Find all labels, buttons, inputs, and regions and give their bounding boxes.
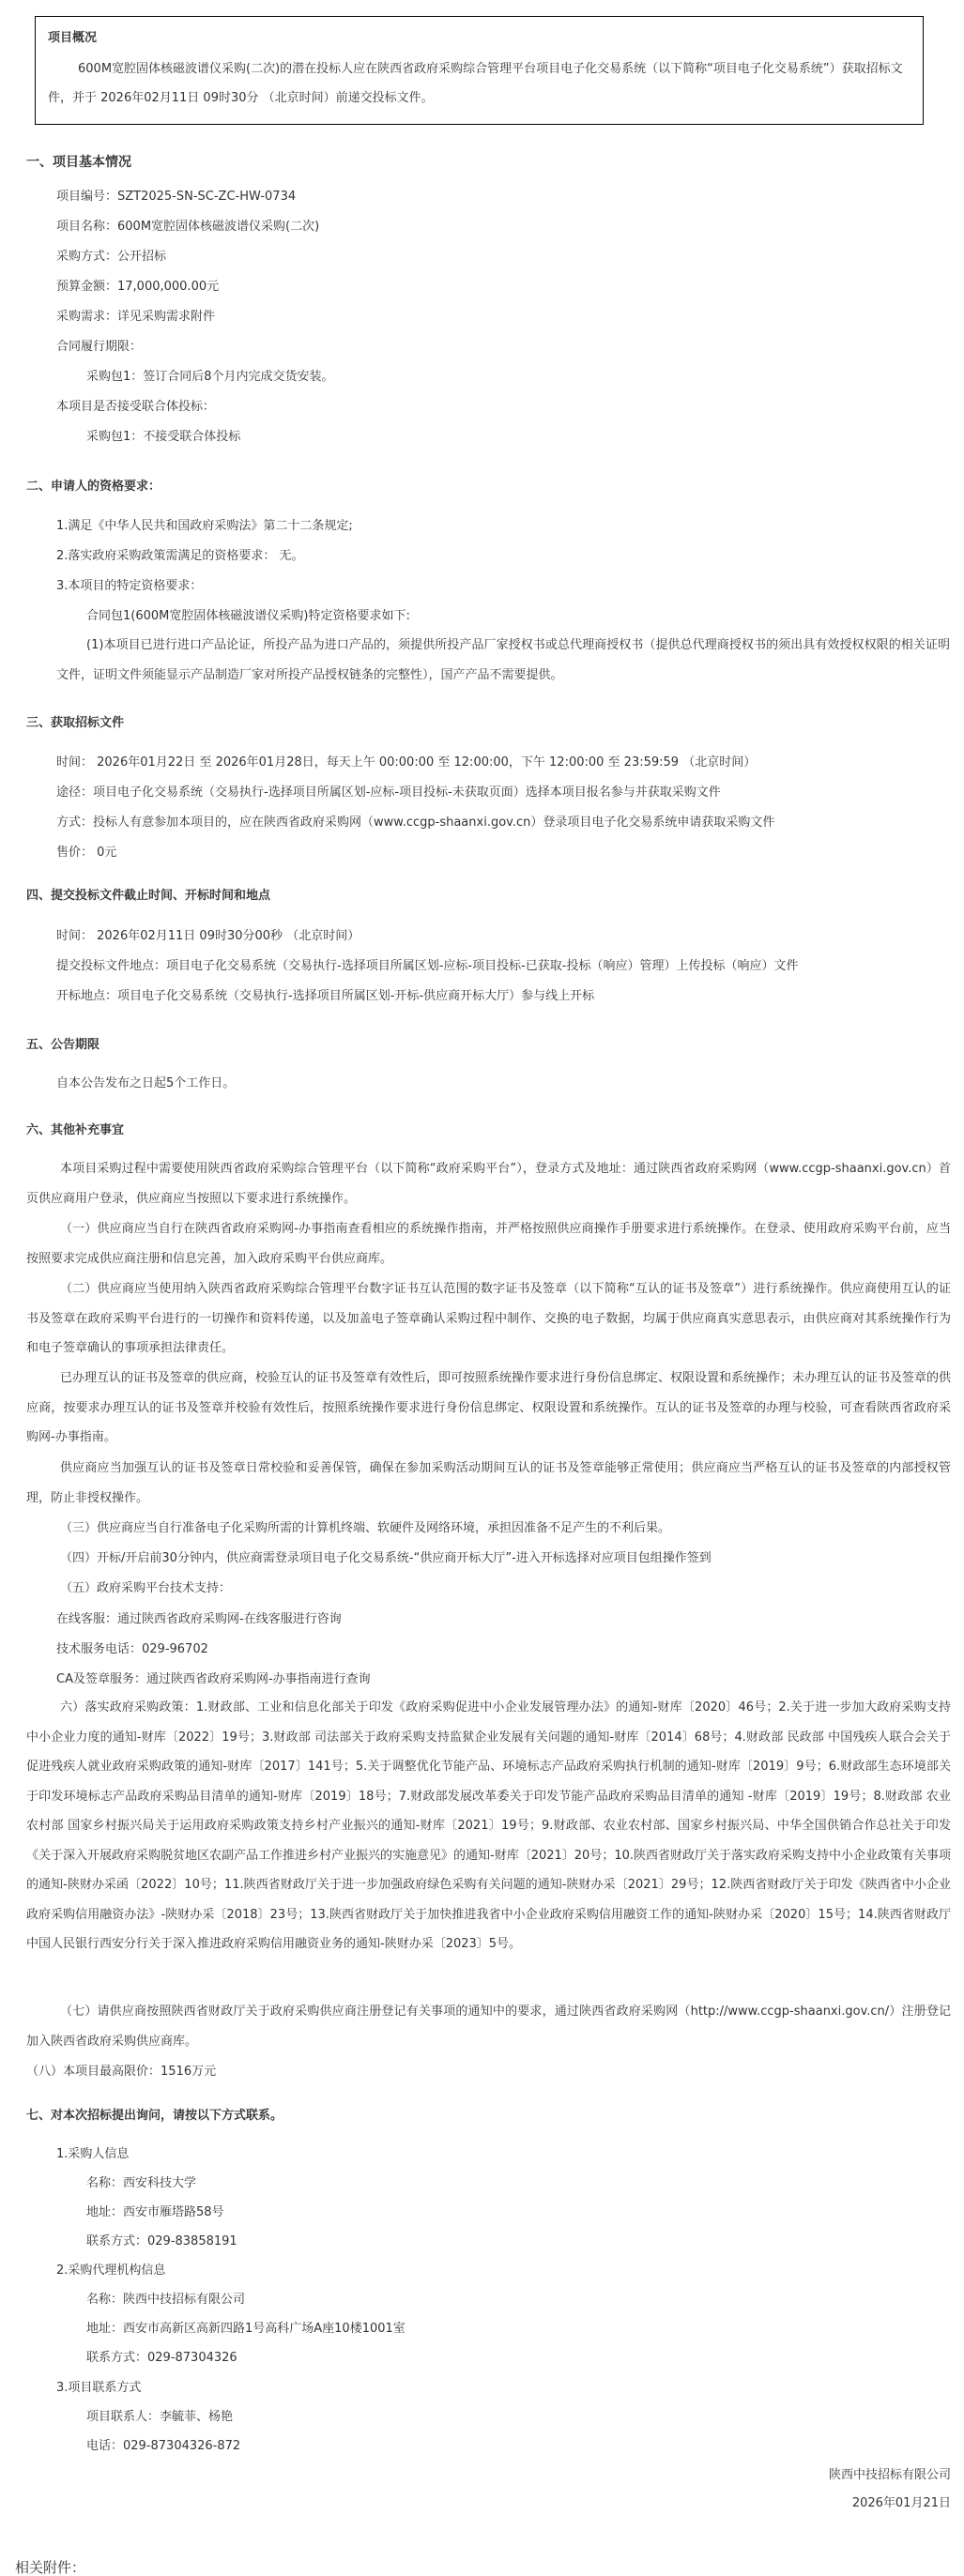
consortium-package: 采购包1：不接受联合体投标 (86, 429, 240, 446)
agency-contact: 联系方式：029-87304326 (86, 2350, 237, 2367)
policy-list: 六）落实政府采购政策：1.财政部、工业和信息化部关于印发《政府采购促进中小企业发… (26, 1693, 951, 1959)
project-name: 项目名称：600M宽腔固体核磁波谱仪采购(二次) (56, 219, 319, 236)
signature-company: 陕西中技招标有限公司 (829, 2467, 951, 2484)
overview-text: 600M宽腔固体核磁波谱仪采购(二次)的潜在投标人应在陕西省政府采购综合管理平台… (48, 54, 911, 113)
consortium-label: 本项目是否接受联合体投标： (56, 399, 215, 416)
opening-place: 开标地点：项目电子化交易系统（交易执行-选择项目所属区划-开标-供应商开标大厅）… (56, 988, 594, 1005)
project-contact-title: 3.项目联系方式 (56, 2380, 141, 2397)
submission-place: 提交投标文件地点：项目电子化交易系统（交易执行-选择项目所属区划-应标-项目投标… (56, 958, 798, 975)
supplement-item-2c: 供应商应当加强互认的证书及签章日常校验和妥善保管，确保在参加采购活动期间互认的证… (26, 1454, 951, 1513)
section7-heading: 七、对本次招标提出询问，请按以下方式联系。 (26, 2108, 283, 2125)
project-contact-phone: 电话：029-87304326-872 (86, 2438, 240, 2455)
section3-heading: 三、获取招标文件 (26, 715, 124, 732)
signature-date: 2026年01月21日 (852, 2495, 951, 2512)
deadline-time: 时间： 2026年02月11日 09时30分00秒 （北京时间） (56, 928, 360, 945)
max-price-limit: （八）本项目最高限价：1516万元 (26, 2057, 951, 2087)
agency-address: 地址：西安市高新区高新四路1号高科广场A座10楼1001室 (86, 2321, 405, 2338)
tech-service-phone: 技术服务电话：029-96702 (56, 1641, 208, 1658)
document-price: 售价： 0元 (56, 845, 116, 861)
overview-title: 项目概况 (48, 30, 911, 47)
agency-name: 名称：陕西中技招标有限公司 (86, 2292, 245, 2309)
procurement-method: 采购方式：公开招标 (56, 249, 166, 266)
attachments-label: 相关附件： (15, 2559, 85, 2576)
budget-amount: 预算金额：17,000,000.00元 (56, 279, 219, 296)
purchaser-info-title: 1.采购人信息 (56, 2146, 129, 2163)
contract-term-label: 合同履行期限： (56, 339, 142, 356)
package-qualification-label: 合同包1(600M宽腔固体核磁波谱仪采购)特定资格要求如下: (86, 608, 410, 625)
qualification-item-2: 2.落实政府采购政策需满足的资格要求： 无。 (56, 548, 304, 565)
supplement-item-1: （一）供应商应当自行在陕西省政府采购网-办事指南查看相应的系统操作指南，并严格按… (26, 1214, 951, 1273)
online-service: 在线客服：通过陕西省政府采购网-在线客服进行咨询 (56, 1611, 342, 1628)
agency-info-title: 2.采购代理机构信息 (56, 2263, 165, 2279)
supplement-item-2b: 已办理互认的证书及签章的供应商，校验互认的证书及签章有效性后，即可按照系统操作要… (26, 1364, 951, 1453)
supplement-item-7: （七）请供应商按照陕西省财政厅关于政府采购供应商注册登记有关事项的通知中的要求，… (26, 1997, 951, 2056)
purchaser-name: 名称：西安科技大学 (86, 2175, 196, 2192)
purchaser-contact: 联系方式：029-83858191 (86, 2233, 237, 2250)
section4-heading: 四、提交投标文件截止时间、开标时间和地点 (26, 888, 270, 905)
platform-intro: 本项目采购过程中需要使用陕西省政府采购综合管理平台（以下简称“政府采购平台”），… (26, 1154, 951, 1213)
contract-term-package: 采购包1：签订合同后8个月内完成交货安装。 (86, 369, 334, 386)
acquire-time: 时间： 2026年01月22日 至 2026年01月28日，每天上午 00:00… (56, 755, 756, 771)
package-qualification-requirement: (1)本项目已进行进口产品论证，所投产品为进口产品的，须提供所投产品厂家授权书或… (56, 631, 950, 690)
supplement-item-3: （三）供应商应当自行准备电子化采购所需的计算机终端、软硬件及网络环境，承担因准备… (26, 1514, 951, 1544)
section1-heading: 一、项目基本情况 (26, 154, 131, 171)
project-contact-person: 项目联系人：李毓菲、杨艳 (86, 2409, 233, 2426)
section5-heading: 五、公告期限 (26, 1037, 99, 1054)
qualification-item-3: 3.本项目的特定资格要求： (56, 578, 202, 595)
acquire-method: 方式：投标人有意参加本项目的，应在陕西省政府采购网（www.ccgp-shaan… (56, 815, 774, 831)
project-number: 项目编号：SZT2025-SN-SC-ZC-HW-0734 (56, 189, 296, 206)
project-overview-box: 项目概况 600M宽腔固体核磁波谱仪采购(二次)的潜在投标人应在陕西省政府采购综… (35, 16, 924, 125)
ca-service: CA及签章服务：通过陕西省政府采购网-办事指南进行查询 (56, 1671, 371, 1688)
section6-heading: 六、其他补充事宜 (26, 1122, 124, 1139)
qualification-item-1: 1.满足《中华人民共和国政府采购法》第二十二条规定; (56, 518, 353, 535)
procurement-requirement: 采购需求：详见采购需求附件 (56, 309, 215, 326)
supplement-item-5: （五）政府采购平台技术支持： (26, 1574, 951, 1604)
section2-heading: 二、申请人的资格要求： (26, 479, 161, 495)
supplement-item-2: （二）供应商应当使用纳入陕西省政府采购综合管理平台数字证书互认范围的数字证书及签… (26, 1274, 951, 1364)
notice-period: 自本公告发布之日起5个工作日。 (56, 1075, 235, 1092)
acquire-route: 途径：项目电子化交易系统（交易执行-选择项目所属区划-应标-项目投标-未获取页面… (56, 785, 721, 801)
purchaser-address: 地址：西安市雁塔路58号 (86, 2204, 224, 2221)
supplement-item-4: （四）开标/开启前30分钟内，供应商需登录项目电子化交易系统-“供应商开标大厅”… (26, 1544, 951, 1574)
